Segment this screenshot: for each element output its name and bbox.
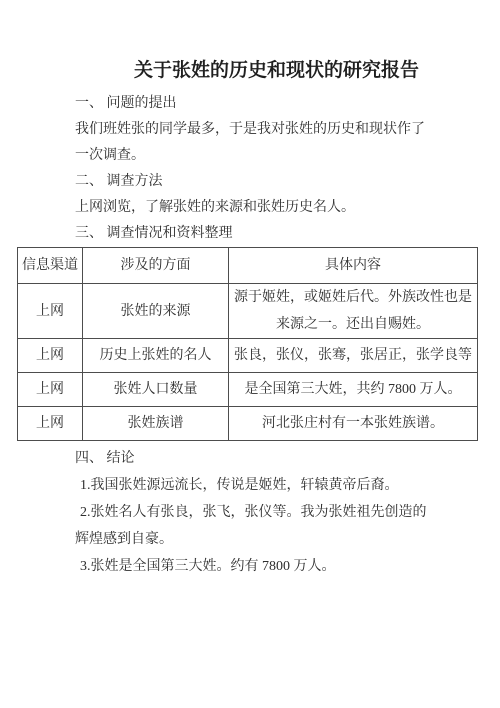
document-page: 关于张姓的历史和现状的研究报告 一、 问题的提出 我们班姓张的同学最多，于是我对… xyxy=(0,0,500,708)
conclusion-item-1: 1.我国张姓源远流长，传说是姬姓，轩辕黄帝后裔。 xyxy=(75,472,500,499)
section-heading-conclusion: 四、 结论 xyxy=(75,445,500,472)
table-row: 上网 历史上张姓的名人 张良，张仪，张骞，张居正，张学良等 xyxy=(18,339,478,373)
table-cell-aspect: 张姓族谱 xyxy=(83,407,229,441)
report-title: 关于张姓的历史和现状的研究报告 xyxy=(0,0,500,84)
section-heading-method: 二、 调查方法 xyxy=(75,169,500,195)
table-cell-channel: 上网 xyxy=(18,284,83,339)
table-cell-aspect: 历史上张姓的名人 xyxy=(83,339,229,373)
table-row: 上网 张姓的来源 源于姬姓，或姬姓后代。外族改性也是来源之一。还出自赐姓。 xyxy=(18,284,478,339)
report-body: 一、 问题的提出 我们班姓张的同学最多，于是我对张姓的历史和现状作了 一次调查。… xyxy=(0,84,500,247)
conclusion-item-2-continued: 辉煌感到自豪。 xyxy=(75,526,500,553)
table-cell-channel: 上网 xyxy=(18,339,83,373)
table-cell-channel: 上网 xyxy=(18,407,83,441)
table-row: 上网 张姓族谱 河北张庄村有一本张姓族谱。 xyxy=(18,407,478,441)
conclusion-section: 四、 结论 1.我国张姓源远流长，传说是姬姓，轩辕黄帝后裔。 2.张姓名人有张良… xyxy=(0,445,500,580)
table-header-row: 信息渠道 涉及的方面 具体内容 xyxy=(18,248,478,284)
conclusion-item-3: 3.张姓是全国第三大姓。约有 7800 万人。 xyxy=(75,553,500,580)
table-cell-detail: 张良，张仪，张骞，张居正，张学良等 xyxy=(229,339,478,373)
section-heading-problem: 一、 问题的提出 xyxy=(75,91,500,117)
table-cell-aspect: 张姓的来源 xyxy=(83,284,229,339)
table-cell-detail: 河北张庄村有一本张姓族谱。 xyxy=(229,407,478,441)
table-header-channel: 信息渠道 xyxy=(18,248,83,284)
table-cell-channel: 上网 xyxy=(18,373,83,407)
table-header-detail: 具体内容 xyxy=(229,248,478,284)
table-cell-detail: 源于姬姓，或姬姓后代。外族改性也是来源之一。还出自赐姓。 xyxy=(229,284,478,339)
conclusion-item-2: 2.张姓名人有张良，张飞，张仪等。我为张姓祖先创造的 xyxy=(75,499,500,526)
section-heading-survey: 三、 调查情况和资料整理 xyxy=(75,221,500,247)
table-header-aspect: 涉及的方面 xyxy=(83,248,229,284)
paragraph-line: 一次调查。 xyxy=(75,143,500,169)
survey-table: 信息渠道 涉及的方面 具体内容 上网 张姓的来源 源于姬姓，或姬姓后代。外族改性… xyxy=(17,247,478,441)
table-cell-detail: 是全国第三大姓，共约 7800 万人。 xyxy=(229,373,478,407)
paragraph-line: 上网浏览，了解张姓的来源和张姓历史名人。 xyxy=(75,195,500,221)
table-row: 上网 张姓人口数量 是全国第三大姓，共约 7800 万人。 xyxy=(18,373,478,407)
paragraph-line: 我们班姓张的同学最多，于是我对张姓的历史和现状作了 xyxy=(75,117,500,143)
table-cell-aspect: 张姓人口数量 xyxy=(83,373,229,407)
